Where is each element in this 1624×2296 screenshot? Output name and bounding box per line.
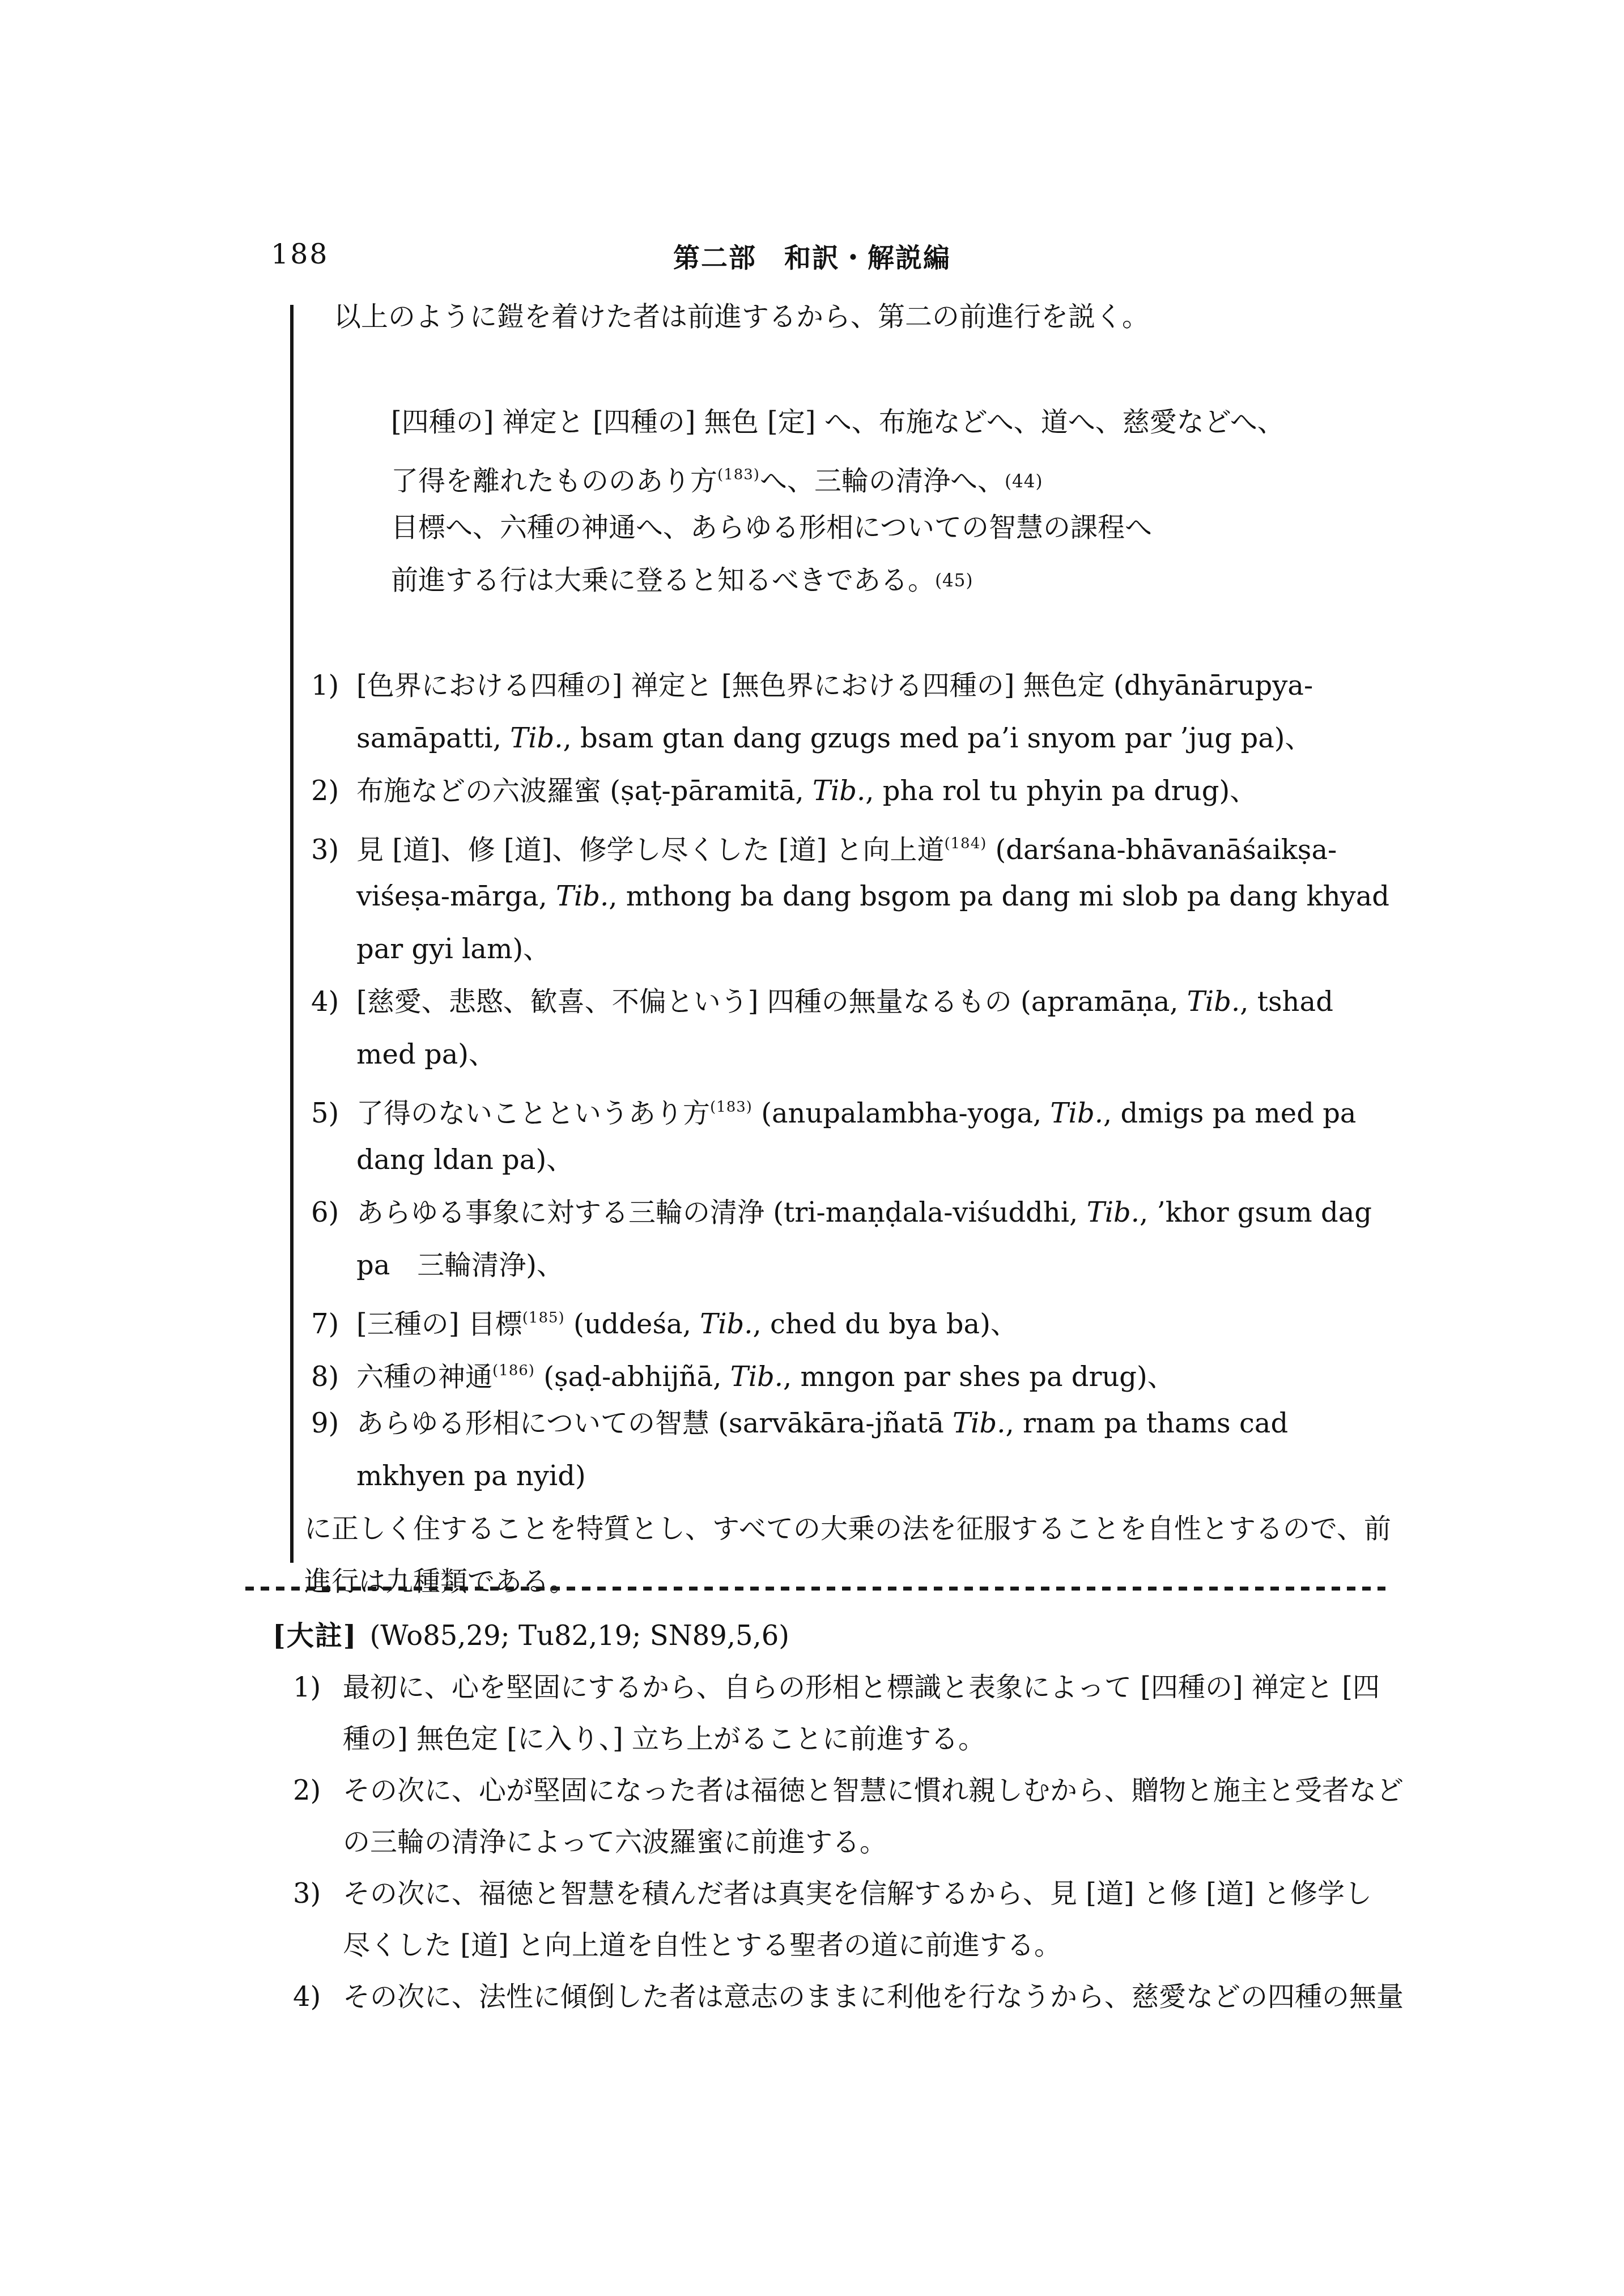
item-text: viśeṣa-mārga, Tib., mthong ba dang bsgom… <box>356 881 1389 912</box>
page-header: 188 第二部 和訳・解説編 <box>0 237 1624 277</box>
enumerated-list: 1)[色界における四種の] 禅定と [無色界における四種の] 無色定 (dhyā… <box>304 660 1432 1608</box>
notes-heading-line: [大註](Wo85,29; Tu82,19; SN89,5,6) <box>273 1610 1440 1662</box>
note-item-3: 3)その次に、福徳と智慧を積んだ者は真実を信解するから、見 [道] と修 [道]… <box>273 1868 1440 1971</box>
note-line: の三輪の清浄によって六波羅蜜に前進する。 <box>343 1817 1440 1868</box>
note-line: 1)最初に、心を堅固にするから、自らの形相と標識と表象によって [四種の] 禅定… <box>293 1662 1440 1714</box>
item-line: pa 三輪清浄)、 <box>356 1239 1432 1292</box>
verse-block: [四種の] 禅定と [四種の] 無色 [定] へ、布施などへ、道へ、慈愛などへ、… <box>391 396 1432 607</box>
quote-intro-line: 以上のように鎧を着けた者は前進するから、第二の前進行を説く。 <box>334 291 1432 343</box>
item-number: 6) <box>311 1187 356 1239</box>
item-line: 5)了得のないことというあり方(183) (anupalambha-yoga, … <box>311 1081 1432 1134</box>
item-line: par gyi lam)、 <box>356 923 1432 976</box>
note-text: その次に、心が堅固になった者は福徳と智慧に慣れ親しむから、贈物と施主と受者など <box>343 1775 1404 1806</box>
quote-vertical-rule <box>290 305 294 1563</box>
verse-line-3: 目標へ、六種の神通へ、あらゆる形相についての智慧の課程へ <box>391 501 1432 554</box>
item-text: あらゆる事象に対する三輪の清浄 (tri-maṇḍala-viśuddhi, T… <box>356 1197 1372 1228</box>
item-line: 1)[色界における四種の] 禅定と [無色界における四種の] 無色定 (dhyā… <box>311 660 1432 712</box>
note-item-1: 1)最初に、心を堅固にするから、自らの形相と標識と表象によって [四種の] 禅定… <box>273 1662 1440 1765</box>
note-text: 尽くした [道] と向上道を自性とする聖者の道に前進する。 <box>343 1929 1061 1961</box>
item-line: 3)見 [道]、修 [道]、修学し尽くした [道] と向上道(184) (dar… <box>311 818 1432 870</box>
note-text: その次に、法性に傾倒した者は意志のままに利他を行なうから、慈愛などの四種の無量 <box>343 1981 1404 2013</box>
verse-line-1: [四種の] 禅定と [四種の] 無色 [定] へ、布施などへ、道へ、慈愛などへ、 <box>391 396 1432 449</box>
item-text: [色界における四種の] 禅定と [無色界における四種の] 無色定 (dhyānā… <box>356 670 1313 701</box>
item-text: 六種の神通(186) (ṣaḍ-abhijñā, Tib., mngon par… <box>356 1361 1175 1393</box>
list-item-3: 3)見 [道]、修 [道]、修学し尽くした [道] と向上道(184) (dar… <box>304 818 1432 976</box>
list-item-5: 5)了得のないことというあり方(183) (anupalambha-yoga, … <box>304 1081 1432 1187</box>
closing-line: に正しく住することを特質とし、すべての大乗の法を征服することを自性とするので、前 <box>304 1503 1432 1555</box>
item-line: 6)あらゆる事象に対する三輪の清浄 (tri-maṇḍala-viśuddhi,… <box>311 1187 1432 1239</box>
item-line: 4)[慈愛、悲愍、歓喜、不偏という] 四種の無量なるもの (apramāṇa, … <box>311 976 1432 1028</box>
note-item-2: 2)その次に、心が堅固になった者は福徳と智慧に慣れ親しむから、贈物と施主と受者な… <box>273 1765 1440 1868</box>
item-text: dang ldan pa)、 <box>356 1144 573 1176</box>
item-line: samāpatti, Tib., bsam gtan dang gzugs me… <box>356 712 1432 765</box>
item-number: 7) <box>311 1298 356 1351</box>
list-item-1: 1)[色界における四種の] 禅定と [無色界における四種の] 無色定 (dhyā… <box>304 660 1432 765</box>
item-number: 2) <box>311 765 356 818</box>
item-number: 3) <box>311 824 356 877</box>
item-text: pa 三輪清浄)、 <box>356 1249 564 1281</box>
list-item-6: 6)あらゆる事象に対する三輪の清浄 (tri-maṇḍala-viśuddhi,… <box>304 1187 1432 1292</box>
page-number: 188 <box>271 238 329 270</box>
item-text: mkhyen pa nyid) <box>356 1460 586 1492</box>
item-text: [三種の] 目標(185) (uddeśa, Tib., ched du bya… <box>356 1308 1018 1340</box>
note-line: 種の] 無色定 [に入り、] 立ち上がることに前進する。 <box>343 1714 1440 1765</box>
item-text: par gyi lam)、 <box>356 933 550 965</box>
commentary-notes-section: [大註](Wo85,29; Tu82,19; SN89,5,6) 1)最初に、心… <box>273 1610 1440 2023</box>
closing-paragraph: に正しく住することを特質とし、すべての大乗の法を征服することを自性とするので、前… <box>304 1503 1432 1608</box>
list-item-9: 9)あらゆる形相についての智慧 (sarvākāra-jñatā Tib., r… <box>304 1397 1432 1503</box>
list-item-4: 4)[慈愛、悲愍、歓喜、不偏という] 四種の無量なるもの (apramāṇa, … <box>304 976 1432 1081</box>
item-line: viśeṣa-mārga, Tib., mthong ba dang bsgom… <box>356 870 1432 923</box>
item-line: med pa)、 <box>356 1028 1432 1081</box>
item-line: mkhyen pa nyid) <box>356 1450 1432 1503</box>
item-line: dang ldan pa)、 <box>356 1134 1432 1187</box>
notes-heading: [大註] <box>273 1620 357 1652</box>
item-number: 1) <box>311 660 356 712</box>
item-number: 5) <box>311 1087 356 1140</box>
item-text: [慈愛、悲愍、歓喜、不偏という] 四種の無量なるもの (apramāṇa, Ti… <box>356 986 1333 1018</box>
verse-line-2: 了得を離れたもののあり方(183)へ、三輪の清浄へ、(44) <box>391 449 1432 501</box>
item-line: 2)布施などの六波羅蜜 (ṣaṭ-pāramitā, Tib., pha rol… <box>311 765 1432 818</box>
closing-line: 進行は九種類である。 <box>304 1555 1432 1608</box>
notes-heading-refs: (Wo85,29; Tu82,19; SN89,5,6) <box>369 1620 789 1652</box>
item-text: med pa)、 <box>356 1039 496 1070</box>
item-number: 4) <box>311 976 356 1028</box>
item-line: 9)あらゆる形相についての智慧 (sarvākāra-jñatā Tib., r… <box>311 1397 1432 1450</box>
note-line: 4)その次に、法性に傾倒した者は意志のままに利他を行なうから、慈愛などの四種の無… <box>293 1971 1440 2023</box>
note-number: 1) <box>293 1662 343 1714</box>
note-number: 4) <box>293 1971 343 2023</box>
list-item-2: 2)布施などの六波羅蜜 (ṣaṭ-pāramitā, Tib., pha rol… <box>304 765 1432 818</box>
list-item-8: 8)六種の神通(186) (ṣaḍ-abhijñā, Tib., mngon p… <box>304 1345 1432 1397</box>
item-text: 見 [道]、修 [道]、修学し尽くした [道] と向上道(184) (darśa… <box>356 834 1337 866</box>
note-number: 2) <box>293 1765 343 1817</box>
note-number: 3) <box>293 1868 343 1920</box>
item-line: 8)六種の神通(186) (ṣaḍ-abhijñā, Tib., mngon p… <box>311 1345 1432 1397</box>
note-text: 最初に、心を堅固にするから、自らの形相と標識と表象によって [四種の] 禅定と … <box>343 1672 1380 1703</box>
scanned-book-page: 188 第二部 和訳・解説編 以上のように鎧を着けた者は前進するから、第二の前進… <box>0 0 1624 2296</box>
header-title: 第二部 和訳・解説編 <box>0 237 1624 275</box>
translation-block: 以上のように鎧を着けた者は前進するから、第二の前進行を説く。 [四種の] 禅定と… <box>304 291 1432 1608</box>
section-separator-dashed-line <box>245 1587 1385 1591</box>
item-text: 布施などの六波羅蜜 (ṣaṭ-pāramitā, Tib., pha rol t… <box>356 775 1257 807</box>
verse-line-4: 前進する行は大乗に登ると知るべきである。(45) <box>391 554 1432 607</box>
note-line: 尽くした [道] と向上道を自性とする聖者の道に前進する。 <box>343 1920 1440 1971</box>
list-item-7: 7)[三種の] 目標(185) (uddeśa, Tib., ched du b… <box>304 1292 1432 1345</box>
note-text: その次に、福徳と智慧を積んだ者は真実を信解するから、見 [道] と修 [道] と… <box>343 1878 1372 1910</box>
item-line: 7)[三種の] 目標(185) (uddeśa, Tib., ched du b… <box>311 1292 1432 1345</box>
note-item-4: 4)その次に、法性に傾倒した者は意志のままに利他を行なうから、慈愛などの四種の無… <box>273 1971 1440 2023</box>
item-text: 了得のないことというあり方(183) (anupalambha-yoga, Ti… <box>356 1098 1356 1129</box>
note-text: 種の] 無色定 [に入り、] 立ち上がることに前進する。 <box>343 1723 985 1755</box>
item-number: 8) <box>311 1351 356 1404</box>
note-line: 2)その次に、心が堅固になった者は福徳と智慧に慣れ親しむから、贈物と施主と受者な… <box>293 1765 1440 1817</box>
item-text: あらゆる形相についての智慧 (sarvākāra-jñatā Tib., rna… <box>356 1408 1288 1439</box>
item-text: samāpatti, Tib., bsam gtan dang gzugs me… <box>356 722 1312 754</box>
item-number: 9) <box>311 1397 356 1450</box>
note-text: の三輪の清浄によって六波羅蜜に前進する。 <box>343 1826 887 1858</box>
note-line: 3)その次に、福徳と智慧を積んだ者は真実を信解するから、見 [道] と修 [道]… <box>293 1868 1440 1920</box>
